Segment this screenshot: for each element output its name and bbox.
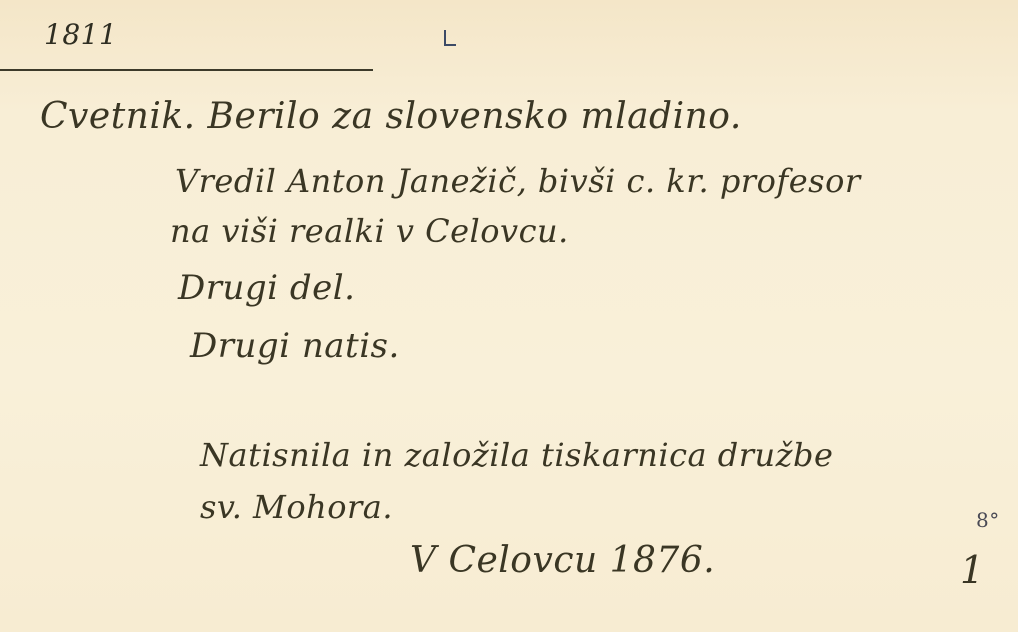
call-number: 1811 xyxy=(44,18,117,51)
catalog-card: 1811 Cvetnik. Berilo za slovensko mladin… xyxy=(0,0,1018,632)
letter-l-mark xyxy=(444,30,456,46)
part-line: Drugi del. xyxy=(178,268,355,308)
editor-line-2: na viši realki v Celovcu. xyxy=(170,212,569,250)
editor-line-1: Vredil Anton Janežič, bivši c. kr. profe… xyxy=(175,162,861,200)
place-year-line: V Celovcu 1876. xyxy=(410,540,715,581)
title-line: Cvetnik. Berilo za slovensko mladino. xyxy=(40,96,742,137)
edition-line: Drugi natis. xyxy=(190,326,400,366)
publisher-line-2: sv. Mohora. xyxy=(200,488,393,526)
copies-count: 1 xyxy=(960,548,985,592)
publisher-line-1: Natisnila in založila tiskarnica družbe xyxy=(200,436,833,474)
header-rule xyxy=(0,69,373,71)
format-mark: 8° xyxy=(976,508,1000,532)
